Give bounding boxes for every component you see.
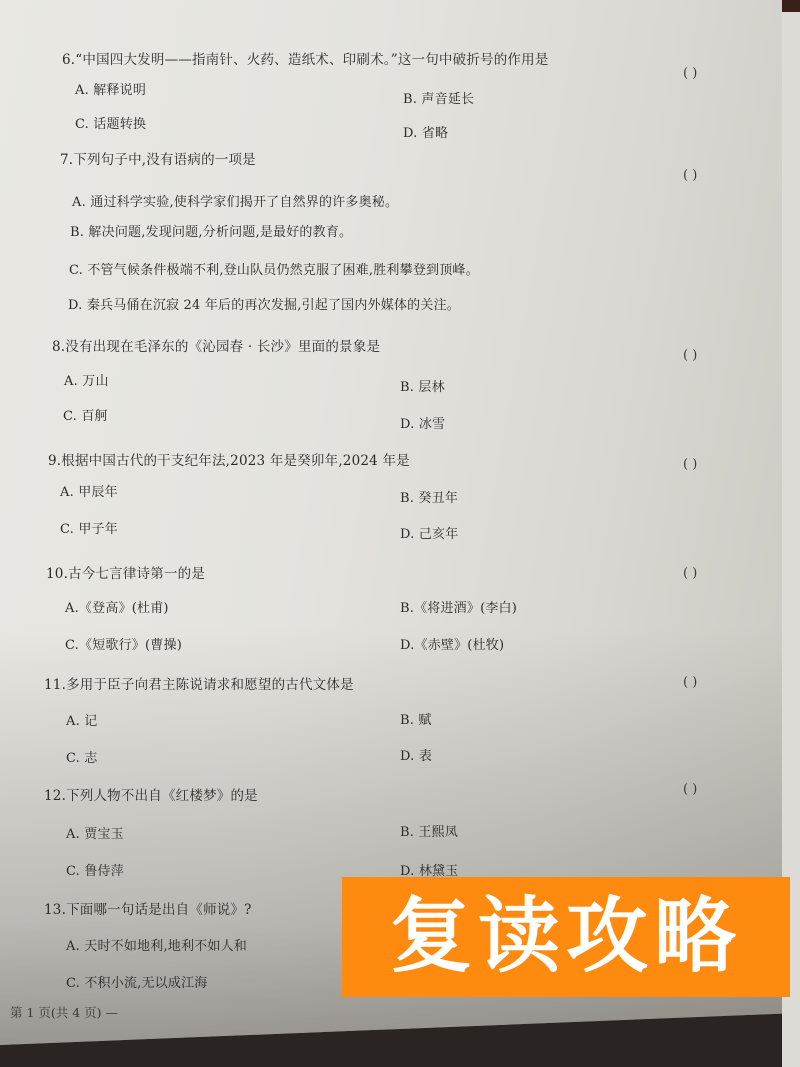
question-9-option-a: A. 甲辰年 xyxy=(60,481,118,500)
question-6-option-d: D. 省略 xyxy=(403,122,448,141)
question-6-stem: 6.“中国四大发明——指南针、火药、造纸术、印刷术。”这一句中破折号的作用是 xyxy=(62,48,549,68)
question-10-answer-blank: ( ) xyxy=(683,566,697,581)
question-7-option-d: D. 秦兵马俑在沉寂 24 年后的再次发掘,引起了国内外媒体的关注。 xyxy=(68,294,460,313)
question-9-option-b: B. 癸丑年 xyxy=(400,487,458,506)
question-10-option-c: C.《短歌行》(曹操) xyxy=(65,634,182,653)
question-9-option-c: C. 甲子年 xyxy=(60,518,118,537)
question-12-answer-blank: ( ) xyxy=(683,782,697,797)
question-13-stem: 13.下面哪一句话是出自《师说》? xyxy=(44,898,252,918)
question-8-option-c: C. 百舸 xyxy=(63,405,108,424)
question-6-option-b: B. 声音延长 xyxy=(403,88,474,107)
watermark-text: 复读攻略 xyxy=(390,896,742,978)
question-7-stem: 7.下列句子中,没有语病的一项是 xyxy=(60,148,256,168)
page-number-footer: 第 1 页(共 4 页) — xyxy=(10,1003,118,1021)
question-9-stem: 9.根据中国古代的干支纪年法,2023 年是癸卯年,2024 年是 xyxy=(48,449,410,469)
question-11-option-a: A. 记 xyxy=(66,710,97,729)
question-12-option-c: C. 鲁侍萍 xyxy=(66,860,124,879)
question-9-answer-blank: ( ) xyxy=(683,457,697,472)
question-11-option-c: C. 志 xyxy=(66,747,98,766)
question-8-stem: 8.没有出现在毛泽东的《沁园春 · 长沙》里面的景象是 xyxy=(52,335,380,355)
question-8-option-d: D. 冰雪 xyxy=(400,413,445,432)
question-10-stem: 10.古今七言律诗第一的是 xyxy=(46,562,205,582)
question-7-option-a: A. 通过科学实验,使科学家们揭开了自然界的许多奥秘。 xyxy=(72,191,398,210)
question-8-option-a: A. 万山 xyxy=(64,370,109,389)
question-11-answer-blank: ( ) xyxy=(683,675,697,690)
question-10-option-d: D.《赤壁》(杜牧) xyxy=(400,634,504,653)
question-6-answer-blank: ( ) xyxy=(683,66,697,81)
question-7-option-b: B. 解决问题,发现问题,分析问题,是最好的教育。 xyxy=(70,221,352,240)
question-8-option-b: B. 层林 xyxy=(400,376,445,395)
question-12-option-a: A. 贾宝玉 xyxy=(66,823,124,842)
question-9-option-d: D. 己亥年 xyxy=(400,523,458,542)
question-11-option-b: B. 赋 xyxy=(400,709,432,728)
question-13-option-a: A. 天时不如地利,地利不如人和 xyxy=(66,935,247,954)
question-7-option-c: C. 不管气候条件极端不利,登山队员仍然克服了困难,胜利攀登到顶峰。 xyxy=(69,259,479,278)
question-13-option-c: C. 不积小流,无以成江海 xyxy=(66,972,207,991)
question-7-answer-blank: ( ) xyxy=(683,168,697,183)
watermark-banner: 复读攻略 xyxy=(342,877,790,997)
question-8-answer-blank: ( ) xyxy=(683,348,697,363)
question-10-option-a: A.《登高》(杜甫) xyxy=(65,597,169,616)
question-12-option-b: B. 王熙凤 xyxy=(400,821,458,840)
question-10-option-b: B.《将进酒》(李白) xyxy=(400,597,517,616)
question-12-stem: 12.下列人物不出自《红楼梦》的是 xyxy=(44,784,258,804)
question-11-stem: 11.多用于臣子向君主陈说请求和愿望的古代文体是 xyxy=(44,673,354,693)
question-6-option-a: A. 解释说明 xyxy=(75,79,146,98)
background-corner xyxy=(782,0,800,12)
question-11-option-d: D. 表 xyxy=(400,745,432,764)
question-6-option-c: C. 话题转换 xyxy=(75,113,146,132)
